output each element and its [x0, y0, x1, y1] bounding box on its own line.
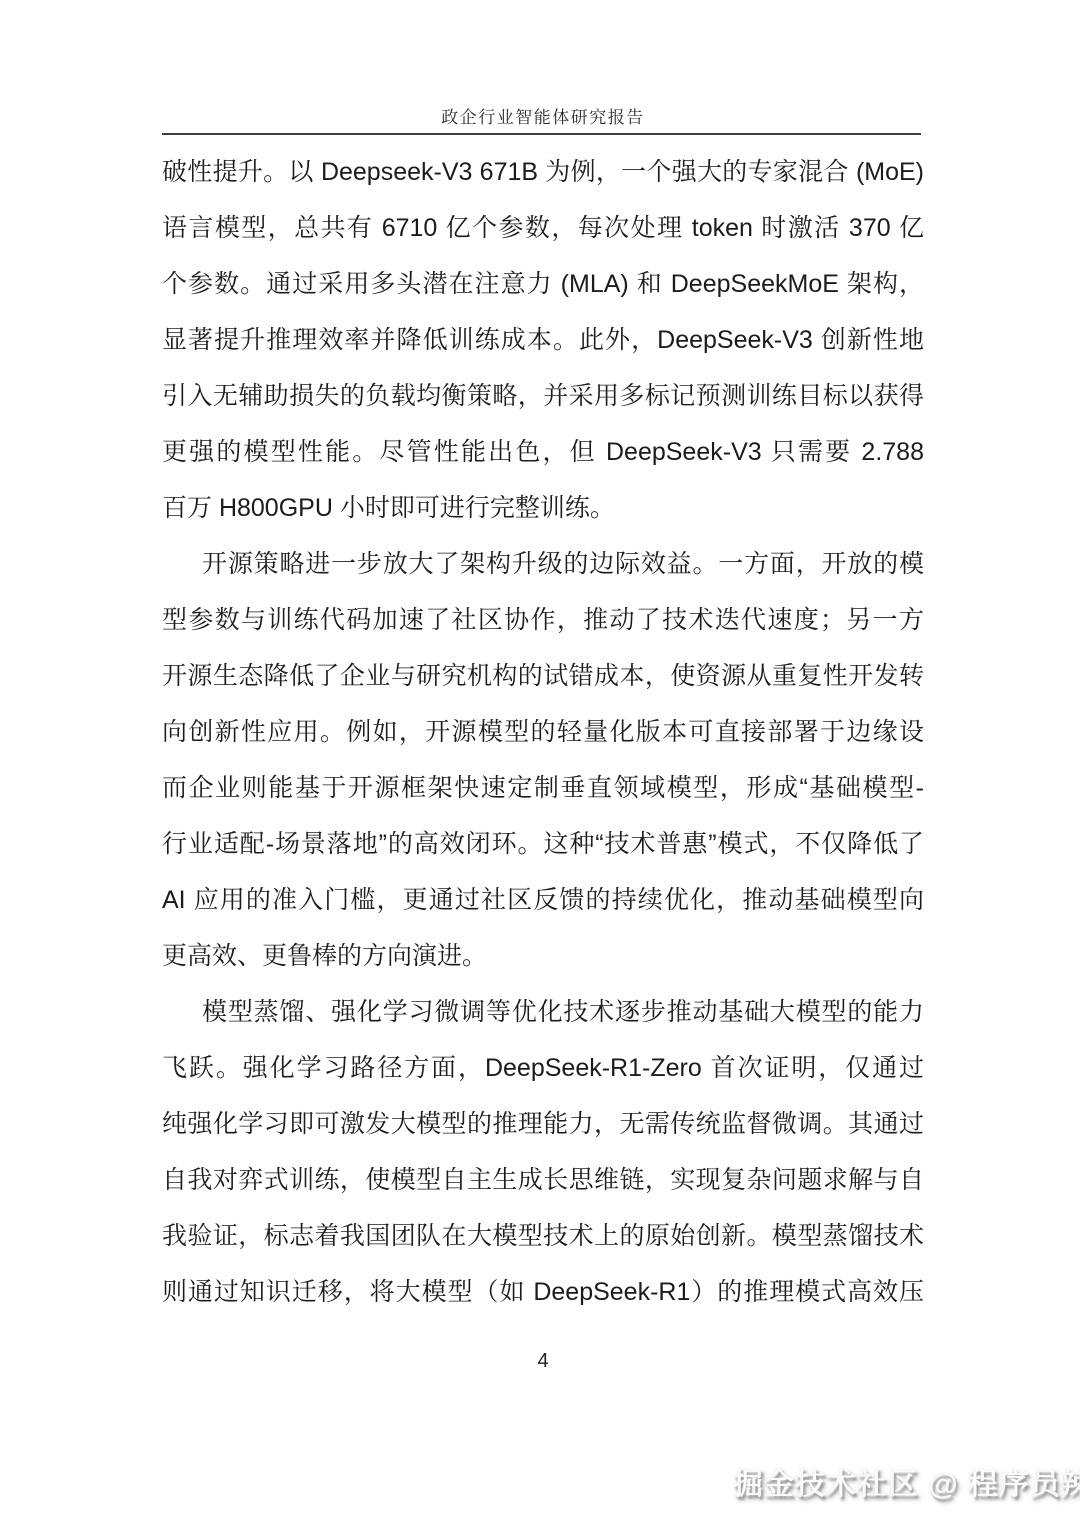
text-line: 显著提升推理效率并降低训练成本。此外，DeepSeek-V3 创新性地	[162, 312, 924, 368]
text-line: 纯强化学习即可激发大模型的推理能力，无需传统监督微调。其通过	[162, 1096, 924, 1152]
text-line: 则通过知识迁移，将大模型（如 DeepSeek-R1）的推理模式高效压	[162, 1264, 924, 1320]
page-number: 4	[537, 1350, 548, 1372]
paragraph: 破性提升。以 Deepseek-V3 671B 为例，一个强大的专家混合 (Mo…	[162, 144, 924, 536]
text-line: 个参数。通过采用多头潜在注意力 (MLA) 和 DeepSeekMoE 架构，	[162, 256, 924, 312]
text-line: 百万 H800GPU 小时即可进行完整训练。	[162, 480, 924, 536]
text-line: 自我对弈式训练，使模型自主生成长思维链，实现复杂问题求解与自	[162, 1152, 924, 1208]
text-line: 开源策略进一步放大了架构升级的边际效益。一方面，开放的模	[162, 536, 924, 592]
document-body: 破性提升。以 Deepseek-V3 671B 为例，一个强大的专家混合 (Mo…	[162, 144, 924, 1320]
text-line: 型参数与训练代码加速了社区协作，推动了技术迭代速度；另一方面，	[162, 592, 924, 648]
paragraph: 模型蒸馏、强化学习微调等优化技术逐步推动基础大模型的能力飞跃。强化学习路径方面，…	[162, 984, 924, 1320]
text-line: 开源生态降低了企业与研究机构的试错成本，使资源从重复性开发转	[162, 648, 924, 704]
text-line: 模型蒸馏、强化学习微调等优化技术逐步推动基础大模型的能力	[162, 984, 924, 1040]
text-line: 语言模型，总共有 6710 亿个参数，每次处理 token 时激活 370 亿	[162, 200, 924, 256]
watermark: 掘金技术社区 @ 程序员辣条	[733, 1459, 1080, 1503]
text-line: 更高效、更鲁棒的方向演进。	[162, 928, 924, 984]
text-line: AI 应用的准入门槛，更通过社区反馈的持续优化，推动基础模型向	[162, 872, 924, 928]
text-line: 更强的模型性能。尽管性能出色，但 DeepSeek-V3 只需要 2.788	[162, 424, 924, 480]
page-footer: 4	[162, 1350, 924, 1373]
text-line: 破性提升。以 Deepseek-V3 671B 为例，一个强大的专家混合 (Mo…	[162, 144, 924, 200]
text-line: 而企业则能基于开源框架快速定制垂直领域模型，形成“基础模型-	[162, 760, 924, 816]
text-line: 引入无辅助损失的负载均衡策略，并采用多标记预测训练目标以获得	[162, 368, 924, 424]
page-header: 政企行业智能体研究报告	[162, 103, 924, 128]
text-line: 我验证，标志着我国团队在大模型技术上的原始创新。模型蒸馏技术	[162, 1208, 924, 1264]
text-line: 行业适配-场景落地”的高效闭环。这种“技术普惠”模式，不仅降低了	[162, 816, 924, 872]
report-page: 政企行业智能体研究报告 破性提升。以 Deepseek-V3 671B 为例，一…	[0, 0, 1080, 1527]
header-title: 政企行业智能体研究报告	[441, 108, 645, 127]
paragraph: 开源策略进一步放大了架构升级的边际效益。一方面，开放的模型参数与训练代码加速了社…	[162, 536, 924, 984]
text-line: 飞跃。强化学习路径方面，DeepSeek-R1-Zero 首次证明，仅通过	[162, 1040, 924, 1096]
text-line: 向创新性应用。例如，开源模型的轻量化版本可直接部署于边缘设备，	[162, 704, 924, 760]
header-divider	[162, 133, 921, 135]
